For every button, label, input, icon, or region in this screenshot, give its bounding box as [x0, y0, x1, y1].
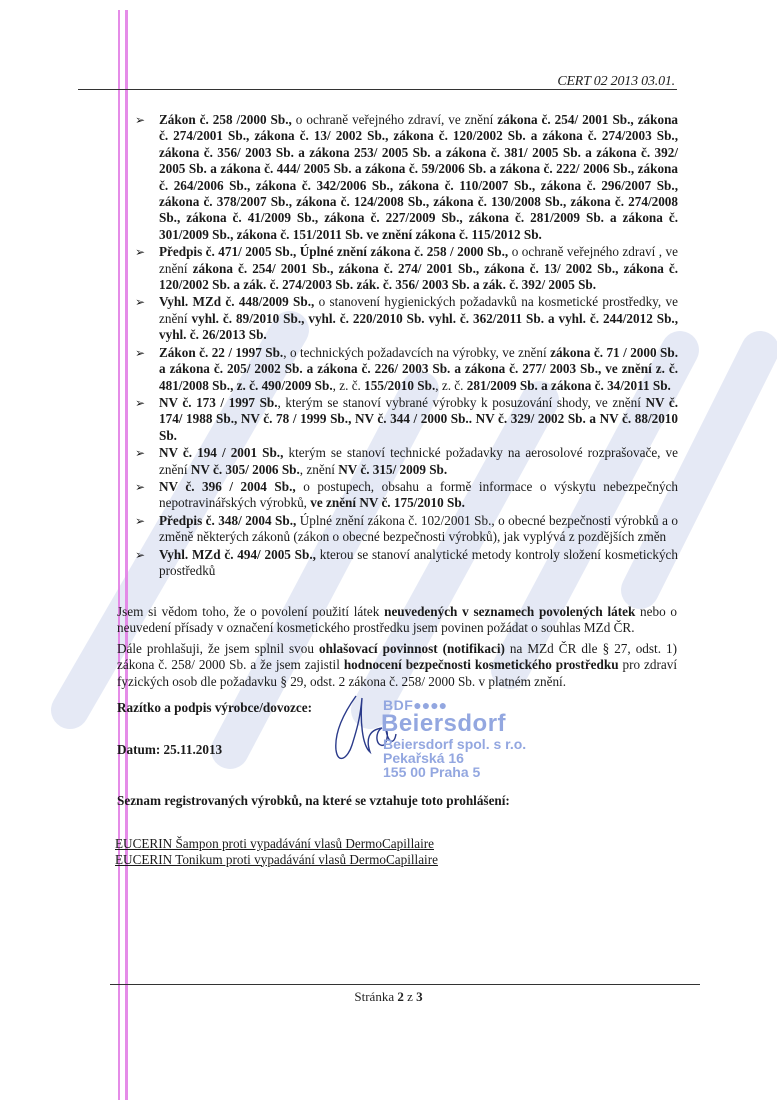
law-item: ➢Vyhl. MZd č. 494/ 2005 Sb., kterou se s… — [133, 547, 678, 580]
page-label: Stránka — [354, 989, 397, 1004]
law-item: ➢Vyhl. MZd č. 448/2009 Sb., o stanovení … — [133, 294, 678, 343]
arrow-bullet-icon: ➢ — [135, 345, 145, 361]
document-code: CERT 02 2013 03.01. — [557, 74, 675, 90]
law-list: ➢Zákon č. 258 /2000 Sb., o ochraně veřej… — [133, 112, 678, 580]
law-item: ➢Předpis č. 348/ 2004 Sb., Úplné znění z… — [133, 513, 678, 546]
law-item: ➢NV č. 194 / 2001 Sb., kterým se stanoví… — [133, 445, 678, 478]
arrow-bullet-icon: ➢ — [135, 445, 145, 461]
company-stamp: BDF●●●● Beiersdorf Beiersdorf spol. s r.… — [383, 698, 526, 780]
law-item: ➢Předpis č. 471/ 2005 Sb., Úplné znění z… — [133, 244, 678, 293]
arrow-bullet-icon: ➢ — [135, 395, 145, 411]
page-separator: z — [404, 989, 416, 1004]
stamp-brand: Beiersdorf — [381, 712, 526, 736]
margin-line-right — [125, 10, 128, 1100]
stamp-city: 155 00 Praha 5 — [383, 765, 526, 779]
header-rule — [78, 89, 677, 90]
product-item: EUCERIN Šampon proti vypadávání vlasů De… — [115, 836, 438, 852]
products-heading: Seznam registrovaných výrobků, na které … — [117, 793, 510, 809]
arrow-bullet-icon: ➢ — [135, 547, 145, 563]
stamp-street: Pekařská 16 — [383, 751, 526, 765]
margin-line-left — [118, 10, 120, 1100]
total-pages: 3 — [416, 989, 423, 1004]
arrow-bullet-icon: ➢ — [135, 513, 145, 529]
stamp-company: Beiersdorf spol. s r.o. — [383, 737, 526, 751]
page-number: Stránka 2 z 3 — [0, 989, 777, 1005]
law-item: ➢Zákon č. 258 /2000 Sb., o ochraně veřej… — [133, 112, 678, 243]
declaration-paragraph-1: Jsem si vědom toho, že o povolení použit… — [117, 604, 677, 637]
law-item: ➢Zákon č. 22 / 1997 Sb., o technických p… — [133, 345, 678, 394]
arrow-bullet-icon: ➢ — [135, 244, 145, 260]
product-list: EUCERIN Šampon proti vypadávání vlasů De… — [115, 836, 438, 867]
product-item: EUCERIN Tonikum proti vypadávání vlasů D… — [115, 852, 438, 868]
stamp-signature-label: Razítko a podpis výrobce/dovozce: — [117, 700, 312, 716]
arrow-bullet-icon: ➢ — [135, 294, 145, 310]
date-label: Datum: 25.11.2013 — [117, 742, 222, 758]
footer-rule — [110, 984, 700, 985]
law-item: ➢NV č. 396 / 2004 Sb., o postupech, obsa… — [133, 479, 678, 512]
arrow-bullet-icon: ➢ — [135, 479, 145, 495]
arrow-bullet-icon: ➢ — [135, 112, 145, 128]
law-item: ➢NV č. 173 / 1997 Sb., kterým se stanoví… — [133, 395, 678, 444]
declaration-paragraph-2: Dále prohlašuji, že jsem splnil svou ohl… — [117, 641, 677, 690]
